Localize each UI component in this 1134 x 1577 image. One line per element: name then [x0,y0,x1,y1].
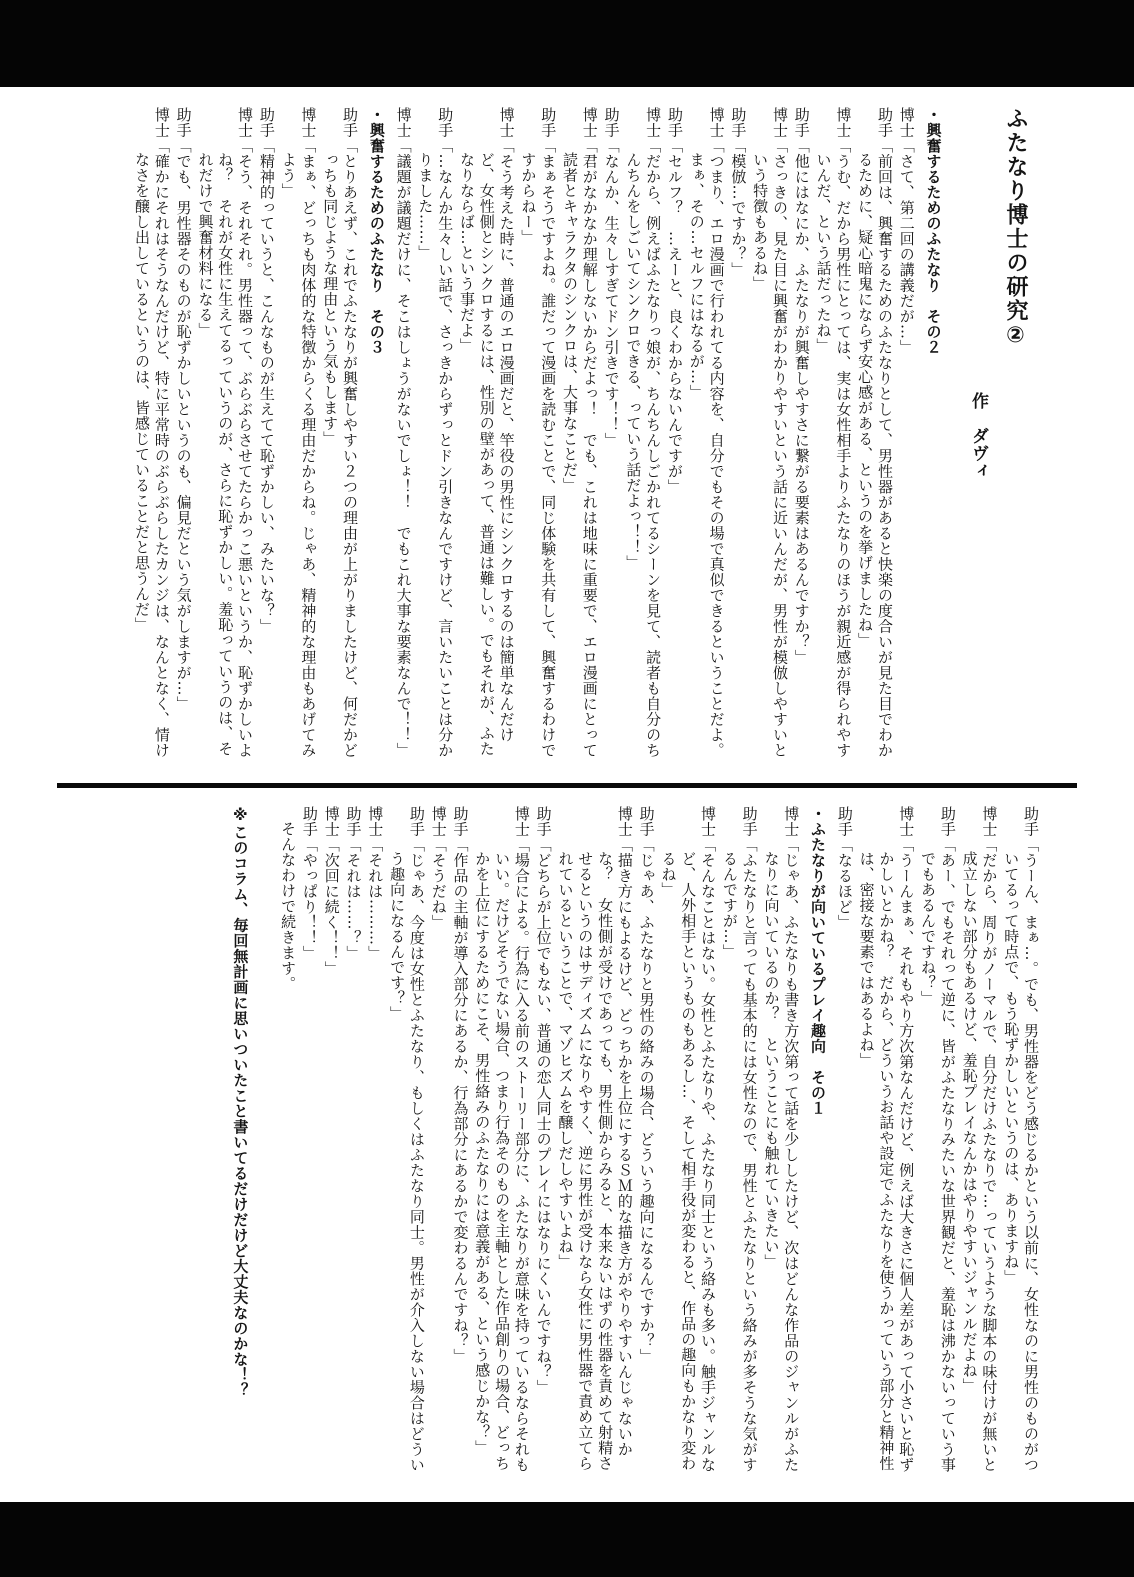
dialogue-line: 助手「精神的っていうと、こんなものが生えてて恥ずかしい、みたいな？」 [256,107,276,769]
footnote: ※このコラム、毎回無計画に思いついたこと書いてるだけだけど大丈夫なのかな！？ [230,806,250,1478]
dialogue-line: 博士「確かにそれはそうなんだけど、特に平常時のぶらぶらしたカンジは、なんとなく、… [131,107,171,769]
section-heading: ・興奮するためのふたなり その２ [923,107,943,769]
section-divider [57,783,1077,788]
page-title: ふたなり博士の研究② [1001,107,1030,769]
dialogue-line: 博士「そう考えた時に、普通のエロ漫画だと、竿役の男性にシンクロするのは簡単なんだ… [456,107,515,769]
dialogue-line: 助手「…なんか生々しい話で、さっきからずっとドン引きなんですけど、言いたいことは… [415,107,455,769]
dialogue-line: 助手「じゃあ、ふたなりと男性の絡みの場合、どういう趣向になるんですか？」 [636,806,656,1478]
dialogue-line: 助手「うーん、まぁ…。でも、男性器をどう感じるかという以前に、女性なのに男性のも… [1000,806,1040,1478]
dialogue-line: 博士「場合による。行為に入る前のストーリー部分に、ふたなりが意味を持っているなら… [471,806,530,1478]
dialogue-line: 助手「でも、男性器そのものが恥ずかしいというのも、偏見だという気がしますが…」 [173,107,193,769]
author-credit: 作 ダヴィ [967,107,989,769]
dialogue-line: 博士「うーんまぁ、それもやり方次第なんだけど、例えば大きさに個人差があって小さい… [856,806,915,1478]
dialogue-line: 助手「なんか、生々しすぎてドン引きです！！」 [601,107,621,769]
dialogue-line: 博士「描き方にもよるけど、どっちかを上位にするＳＭ的な描き方がやりやすいんじゃな… [555,806,634,1478]
dialogue-line: 博士「つまり、エロ漫画で行われてる内容を、自分でもその場で真似できるということだ… [686,107,726,769]
dialogue-line: 助手「他にはなにか、ふたなりが興奮しやすさに繋がる要素はあるんですか？」 [791,107,811,769]
dialogue-line: 博士「議題が議題だけに、そこはしょうがないでしょ！！ でもこれ大事な要素なんで！… [393,107,413,769]
dialogue-line: 助手「模倣…ですか？」 [728,107,748,769]
dialogue-line: 博士「さっきの、見た目に興奮がわかりやすいという話に近いんだが、男性が模倣しやす… [749,107,789,769]
dialogue-line: 助手「それは……？」 [343,806,363,1478]
bottom-text-section: 助手「うーん、まぁ…。でも、男性器をどう感じるかという以前に、女性なのに男性のも… [196,806,1042,1478]
dialogue-line: 助手「ふたなりと言っても基本的には女性なので、男性とふたなりという絡みが多そうな… [719,806,759,1478]
dialogue-line: 博士「さて、第二回の講義だが…」 [896,107,916,769]
dialogue-line: 博士「そうだね」 [428,806,448,1478]
dialogue-line: 博士「だから、周りがノーマルで、自分だけふたなりで…っていうような脚本の味付けが… [959,806,999,1478]
dialogue-line: 助手「なるほど」 [834,806,854,1478]
dialogue-line: 助手「あー、でもそれって逆に、皆がふたなりみたいな世界観だと、羞恥は沸かないって… [917,806,957,1478]
page: ふたなり博士の研究②作 ダヴィ・興奮するためのふたなり その２博士「さて、第二回… [0,0,1134,1577]
dialogue-line: 博士「だから、例えばふたなりっ娘が、ちんちんしごかれてるシーンを見て、読者も自分… [623,107,663,769]
dialogue-line: 博士「次回に続く！！」 [321,806,341,1478]
dialogue-line: 博士「君がなかなか理解しないからだよっ！ でも、これは地味に重要で、エロ漫画にと… [559,107,599,769]
section-heading: ・興奮するためのふたなり その３ [366,107,386,769]
dialogue-line: 博士「そんなことはない。女性とふたなりや、ふたなり同士という絡みも多い。触手ジャ… [658,806,717,1478]
dialogue-line: 助手「とりあえず、これでふたなりが興奮しやすい２つの理由が上がりましたけど、何だ… [319,107,359,769]
dialogue-line: 博士「それは………」 [365,806,385,1478]
dialogue-line: 博士「そう、それそれ。男性器って、ぶらぶらさせてたらかっこ悪いというか、恥ずかし… [195,107,254,769]
top-border-bar [0,0,1134,87]
dialogue-line: 助手「じゃあ、今度は女性とふたなり、もしくはふたなり同士。男性が介入しない場合は… [386,806,426,1478]
dialogue-line: 助手「どちらが上位でもない、普通の恋人同士のプレイにはなりにくいんですね？」 [533,806,553,1478]
dialogue-line: 博士「じゃあ、ふたなりも書き方次第って話を少ししたけど、次はどんな作品のジャンル… [761,806,801,1478]
dialogue-line: 助手「前回は、興奮するためのふたなりとして、男性器があると快楽の度合いが見た目で… [854,107,894,769]
section-heading: ・ふたなりが向いているプレイ趣向 その１ [807,806,827,1478]
dialogue-line: 助手「セルフ？ …えーと、良くわからないんですが」 [664,107,684,769]
dialogue-line: 博士「まぁ、どっちも肉体的な特徴からくる理由だからね。じゃあ、精神的な理由もあげ… [278,107,318,769]
dialogue-line: 助手「作品の主軸が導入部分にあるか、行為部分にあるかで変わるんですね？」 [450,806,470,1478]
dialogue-line: 助手「まぁそうですよね。誰だって漫画を読むことで、同じ体験を共有して、興奮するわ… [518,107,558,769]
dialogue-line: 博士「うむ、だから男性にとっては、実は女性相手よりふたなりのほうが親近感が得られ… [813,107,853,769]
narrator-note: そんなわけで続きます。 [277,806,297,1478]
top-text-section: ふたなり博士の研究②作 ダヴィ・興奮するためのふたなり その２博士「さて、第二回… [129,107,1034,769]
dialogue-line: 助手「やっぱり！！」 [299,806,319,1478]
bottom-border-bar [0,1502,1134,1577]
